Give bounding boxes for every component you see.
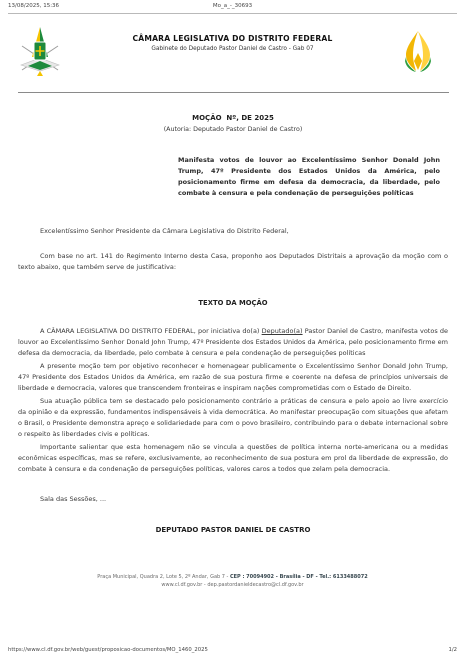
paragraph-1-start: A CÂMARA LEGISLATIVA DO DISTRITO FEDERAL…: [40, 327, 262, 335]
document-title: MOÇÃO Nº, DE 2025: [18, 114, 448, 122]
ementa-summary: Manifesta votos de louvor ao Excelentíss…: [178, 155, 440, 199]
gabinete-flame-emblem-icon: [401, 30, 435, 76]
office-address-line: Praça Municipal, Quadra 2, Lote 5, 2º An…: [30, 573, 435, 581]
office-address-cep-tel: CEP : 70094902 - Brasília - DF - Tel.: 6…: [230, 574, 368, 580]
print-header-rule: [8, 13, 457, 14]
print-footer: https://www.cl.df.gov.br/web/guest/propo…: [8, 647, 457, 653]
office-name: Gabinete do Deputado Pastor Daniel de Ca…: [88, 46, 377, 52]
office-web-line: www.cl.df.gov.br - dep.pastordanieldecas…: [30, 581, 435, 589]
print-footer-page-number: 1/2: [448, 647, 457, 653]
print-header-datetime: 13/08/2025, 15:36: [8, 3, 59, 9]
authorship-line: (Autoria: Deputado Pastor Daniel de Cast…: [18, 126, 448, 133]
paragraph-1-underlined: Deputado(a): [262, 327, 303, 335]
letterhead: CÂMARA LEGISLATIVA DO DISTRITO FEDERAL G…: [18, 24, 447, 86]
office-footer: Praça Municipal, Quadra 2, Lote 5, 2º An…: [30, 573, 435, 589]
paragraph-2: A presente moção tem por objetivo reconh…: [18, 361, 448, 394]
closing-line: Sala das Sessões, ...: [18, 495, 448, 503]
org-name: CÂMARA LEGISLATIVA DO DISTRITO FEDERAL: [88, 34, 377, 43]
document-body: MOÇÃO Nº, DE 2025 (Autoria: Deputado Pas…: [18, 106, 448, 534]
paragraph-4: Importante salientar que esta homenagem …: [18, 442, 448, 475]
letterhead-divider: [18, 92, 449, 93]
salutation: Excelentíssimo Senhor Presidente da Câma…: [18, 226, 448, 237]
signature-name: DEPUTADO PASTOR DANIEL DE CASTRO: [18, 526, 448, 534]
section-title: TEXTO DA MOÇÃO: [18, 299, 448, 307]
intro-paragraph: Com base no art. 141 do Regimento Intern…: [18, 251, 448, 273]
paragraph-3: Sua atuação pública tem se destacado pel…: [18, 396, 448, 440]
office-address: Praça Municipal, Quadra 2, Lote 5, 2º An…: [97, 574, 230, 580]
paragraph-1: A CÂMARA LEGISLATIVA DO DISTRITO FEDERAL…: [18, 326, 448, 359]
print-header-doc-title: Mo_a_-_30693: [8, 3, 457, 9]
print-footer-url: https://www.cl.df.gov.br/web/guest/propo…: [8, 647, 208, 653]
cldf-coat-of-arms-icon: [20, 26, 60, 80]
letterhead-text: CÂMARA LEGISLATIVA DO DISTRITO FEDERAL G…: [88, 34, 377, 52]
print-header: Mo_a_-_30693 13/08/2025, 15:36: [8, 3, 457, 9]
